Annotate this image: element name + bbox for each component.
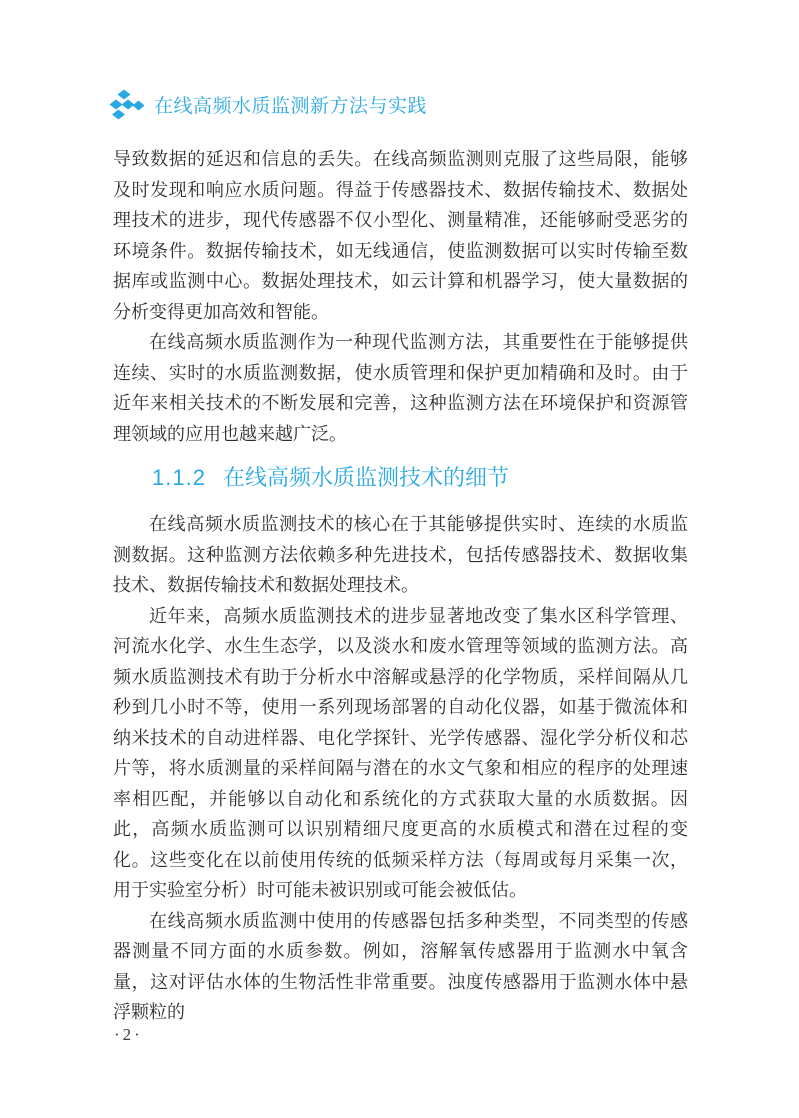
paragraph: 近年来，高频水质监测技术的进步显著地改变了集水区科学管理、河流水化学、水生生态学… — [113, 601, 688, 906]
book-title: 在线高频水质监测新方法与实践 — [154, 91, 427, 118]
section-title: 在线高频水质监测技术的细节 — [223, 463, 509, 493]
section-number: 1.1.2 — [152, 463, 206, 493]
paragraph: 在线高频水质监测中使用的传感器包括多种类型，不同类型的传感器测量不同方面的水质参… — [113, 906, 688, 1028]
book-page: 在线高频水质监测新方法与实践 导致数据的延迟和信息的丢失。在线高频监测则克服了这… — [0, 0, 799, 1118]
page-number: ·2· — [114, 1025, 143, 1045]
paragraph-continuation: 导致数据的延迟和信息的丢失。在线高频监测则克服了这些局限，能够及时发现和响应水质… — [113, 144, 688, 327]
publisher-diamond-logo-icon — [107, 87, 145, 122]
section-heading-1-1-2: 1.1.2 在线高频水质监测技术的细节 — [113, 463, 688, 493]
page-body-text: 导致数据的延迟和信息的丢失。在线高频监测则克服了这些局限，能够及时发现和响应水质… — [113, 144, 688, 1028]
paragraph: 在线高频水质监测作为一种现代监测方法，其重要性在于能够提供连续、实时的水质监测数… — [113, 327, 688, 449]
running-header: 在线高频水质监测新方法与实践 — [107, 87, 427, 122]
paragraph: 在线高频水质监测技术的核心在于其能够提供实时、连续的水质监测数据。这种监测方法依… — [113, 509, 688, 601]
